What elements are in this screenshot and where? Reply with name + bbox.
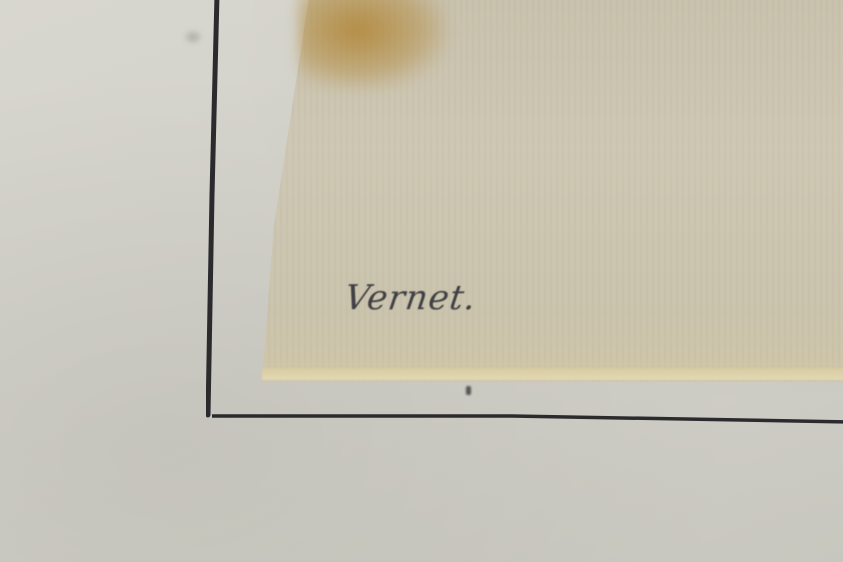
artist-signature: Vernet. <box>342 278 479 318</box>
photo-scene: Vernet. <box>0 0 843 562</box>
dust-speck <box>186 32 200 42</box>
paper-edge <box>262 368 843 380</box>
foxing-stain <box>298 0 448 90</box>
depth-of-field-blur <box>0 420 843 562</box>
ink-border-line-vertical <box>206 0 220 420</box>
pencil-mark <box>466 386 471 395</box>
